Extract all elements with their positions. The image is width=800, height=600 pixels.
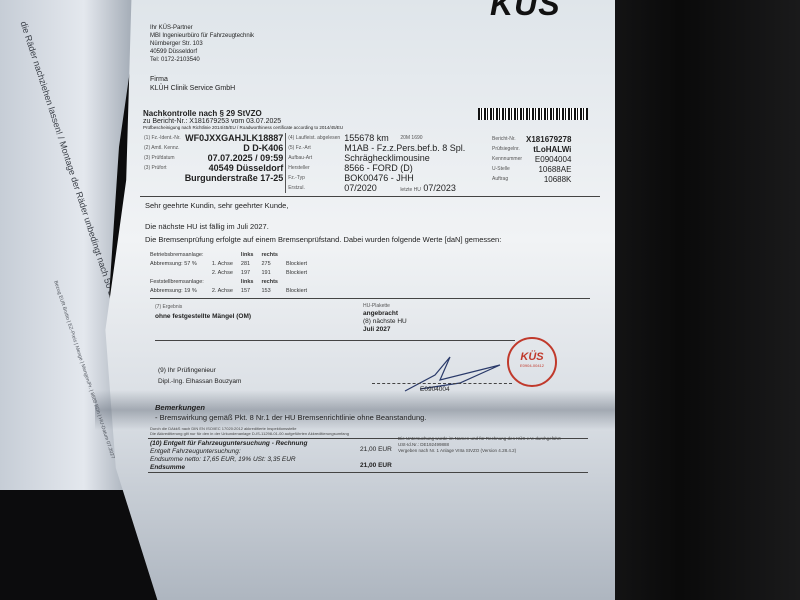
accreditation-note: Durch die DAkkS nach DIN EN ISO/IEC 1702… bbox=[150, 426, 349, 436]
remarks: Bemerkungen - Bremswirkung gemäß Pkt. 8 … bbox=[155, 403, 426, 423]
invoice-total: 21,00 EUR bbox=[360, 462, 392, 469]
divider bbox=[155, 340, 515, 341]
engineer-block: (9) Ihr Prüfingenieur Dipl.-Ing. Elhassa… bbox=[158, 365, 241, 387]
plakette-block: HU-Plakette angebracht (8) nächste HU Ju… bbox=[363, 302, 407, 334]
divider bbox=[140, 196, 600, 197]
customer-firm: Firma KLÜH Clinik Service GmbH bbox=[150, 75, 235, 93]
tax-note: Die Untersuchung wurde im Namen und für … bbox=[398, 436, 561, 454]
greeting: Sehr geehrte Kundin, sehr geehrter Kunde… bbox=[145, 201, 288, 210]
divider bbox=[148, 472, 588, 473]
next-hu-notice: Die nächste HU ist fällig im Juli 2027. bbox=[145, 222, 269, 231]
report-ids-table: Bericht-Nr.X181679278 Prüfsiegelnr.tLoHA… bbox=[490, 134, 573, 184]
signature-line bbox=[372, 383, 512, 384]
report-title: Nachkontrolle nach § 29 StVZO bbox=[143, 109, 343, 118]
result-block: (7) Ergebnis ohne festgestellte Mängel (… bbox=[155, 302, 251, 322]
engineer-id: E0904004 bbox=[420, 386, 450, 393]
kus-logo: KÜS bbox=[490, 0, 561, 23]
divider bbox=[150, 298, 590, 299]
brake-intro: Die Bremsenprüfung erfolgte auf einem Br… bbox=[145, 235, 501, 244]
car-seat-background bbox=[600, 0, 800, 600]
report-subtitle: zu Bericht-Nr.: X181679253 vom 03.07.202… bbox=[143, 118, 343, 125]
report-header: Nachkontrolle nach § 29 StVZO zu Bericht… bbox=[143, 109, 343, 130]
brake-table: Betriebsbremsanlage:linksrechts Abbremsu… bbox=[146, 250, 311, 295]
kus-stamp: KÜS E0904-00412 bbox=[507, 337, 557, 387]
invoice-block: (10) Entgelt für Fahrzeuguntersuchung - … bbox=[150, 440, 307, 472]
partner-address: Ihr KÜS-Partner MBI Ingenieurbüro für Fa… bbox=[150, 24, 254, 64]
report-note: Prüfbescheinigung nach Richtlinie 2014/4… bbox=[143, 125, 343, 130]
receipt-columns: Bezug EUR Brutto | EZ-Preis | Menge | Me… bbox=[52, 280, 115, 460]
vehicle-table: (1) Fz.-Ident.-Nr.WF0JXXGAHJLK18887 (4) … bbox=[142, 133, 467, 193]
invoice-item-amount: 21,00 EUR bbox=[360, 446, 392, 453]
signature bbox=[400, 355, 510, 395]
barcode bbox=[478, 108, 588, 120]
